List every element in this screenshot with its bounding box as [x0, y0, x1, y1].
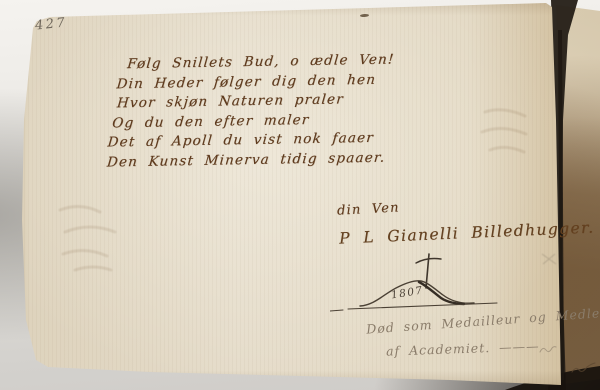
ink-showthrough: [55, 190, 145, 280]
memorial-note-line2: af Academiet. ———: [386, 338, 540, 358]
grave-mound-drawing: [330, 248, 525, 316]
folio-number: 427: [34, 15, 68, 33]
dedication-line: din Ven: [337, 200, 400, 218]
ink-showthrough: [480, 100, 540, 160]
signature-line: P L Gianelli Billedhugger.: [339, 218, 595, 247]
photographed-album-spread: 427 Følg Snillets Bud, o ædle Ven! Din H…: [0, 0, 600, 390]
pencil-x-mark: [540, 252, 558, 266]
pencil-squiggle: [538, 343, 558, 355]
page-edge-speck: [360, 14, 369, 18]
page-content: 427 Følg Snillets Bud, o ædle Ven! Din H…: [0, 0, 600, 390]
verse-block: Følg Snillets Bud, o ædle Ven! Din Heder…: [103, 50, 396, 172]
